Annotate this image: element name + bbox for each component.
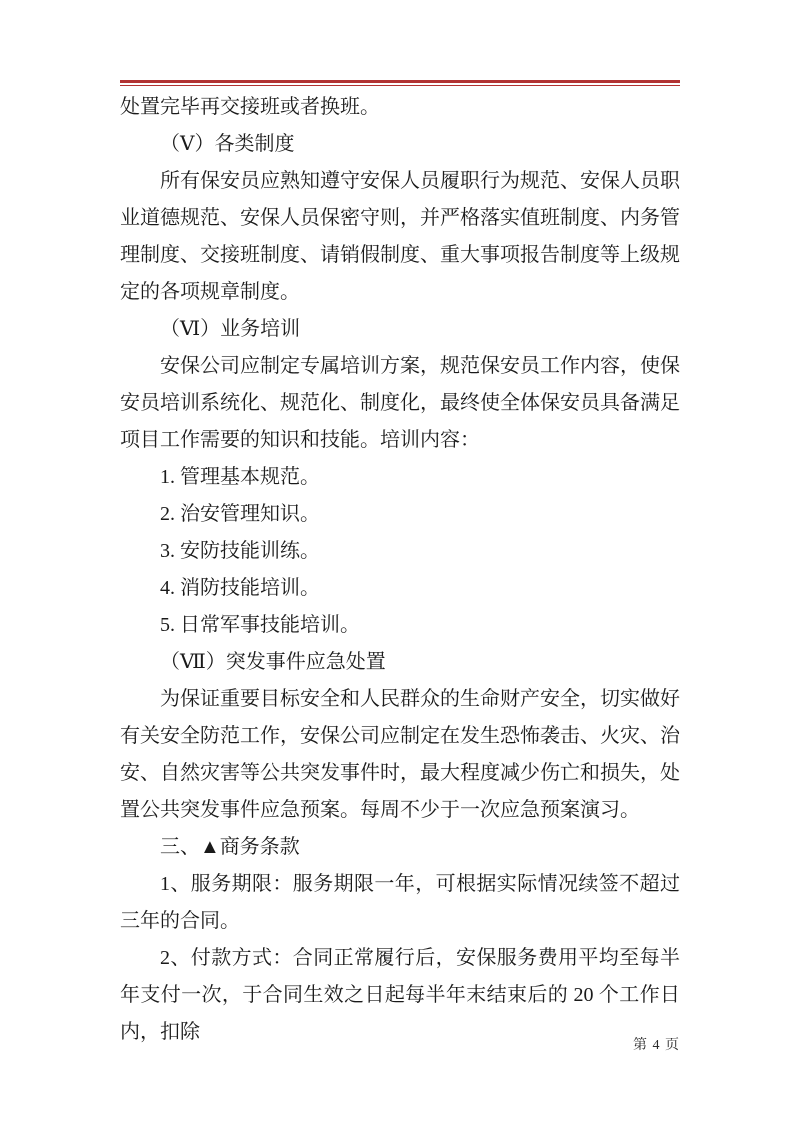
rule-thin-line <box>120 85 680 86</box>
paragraph: 1、服务期限：服务期限一年，可根据实际情况续签不超过三年的合同。 <box>120 866 680 940</box>
page-number: 第 4 页 <box>633 1038 680 1053</box>
header-double-rule <box>120 80 680 86</box>
paragraph: 3. 安防技能训练。 <box>120 533 680 570</box>
document-body: 处置完毕再交接班或者换班。（Ⅴ）各类制度所有保安员应熟知遵守安保人员履职行为规范… <box>120 89 680 1051</box>
paragraph: 4. 消防技能培训。 <box>120 570 680 607</box>
paragraph: 5. 日常军事技能培训。 <box>120 607 680 644</box>
paragraph: 三、▲商务条款 <box>120 829 680 866</box>
paragraph: 安保公司应制定专属培训方案，规范保安员工作内容，使保安员培训系统化、规范化、制度… <box>120 348 680 459</box>
document-page: 处置完毕再交接班或者换班。（Ⅴ）各类制度所有保安员应熟知遵守安保人员履职行为规范… <box>0 0 793 1122</box>
paragraph: 为保证重要目标安全和人民群众的生命财产安全，切实做好有关安全防范工作，安保公司应… <box>120 681 680 829</box>
paragraph: 处置完毕再交接班或者换班。 <box>120 89 680 126</box>
paragraph: 所有保安员应熟知遵守安保人员履职行为规范、安保人员职业道德规范、安保人员保密守则… <box>120 163 680 311</box>
page-footer: 第 4 页 <box>120 1036 680 1056</box>
paragraph: （Ⅵ）业务培训 <box>120 311 680 348</box>
paragraph: 1. 管理基本规范。 <box>120 459 680 496</box>
paragraph: 2. 治安管理知识。 <box>120 496 680 533</box>
paragraph: （Ⅶ）突发事件应急处置 <box>120 644 680 681</box>
rule-thick-line <box>120 80 680 83</box>
paragraph: 2、付款方式：合同正常履行后，安保服务费用平均至每半年支付一次，于合同生效之日起… <box>120 940 680 1051</box>
paragraph: （Ⅴ）各类制度 <box>120 126 680 163</box>
